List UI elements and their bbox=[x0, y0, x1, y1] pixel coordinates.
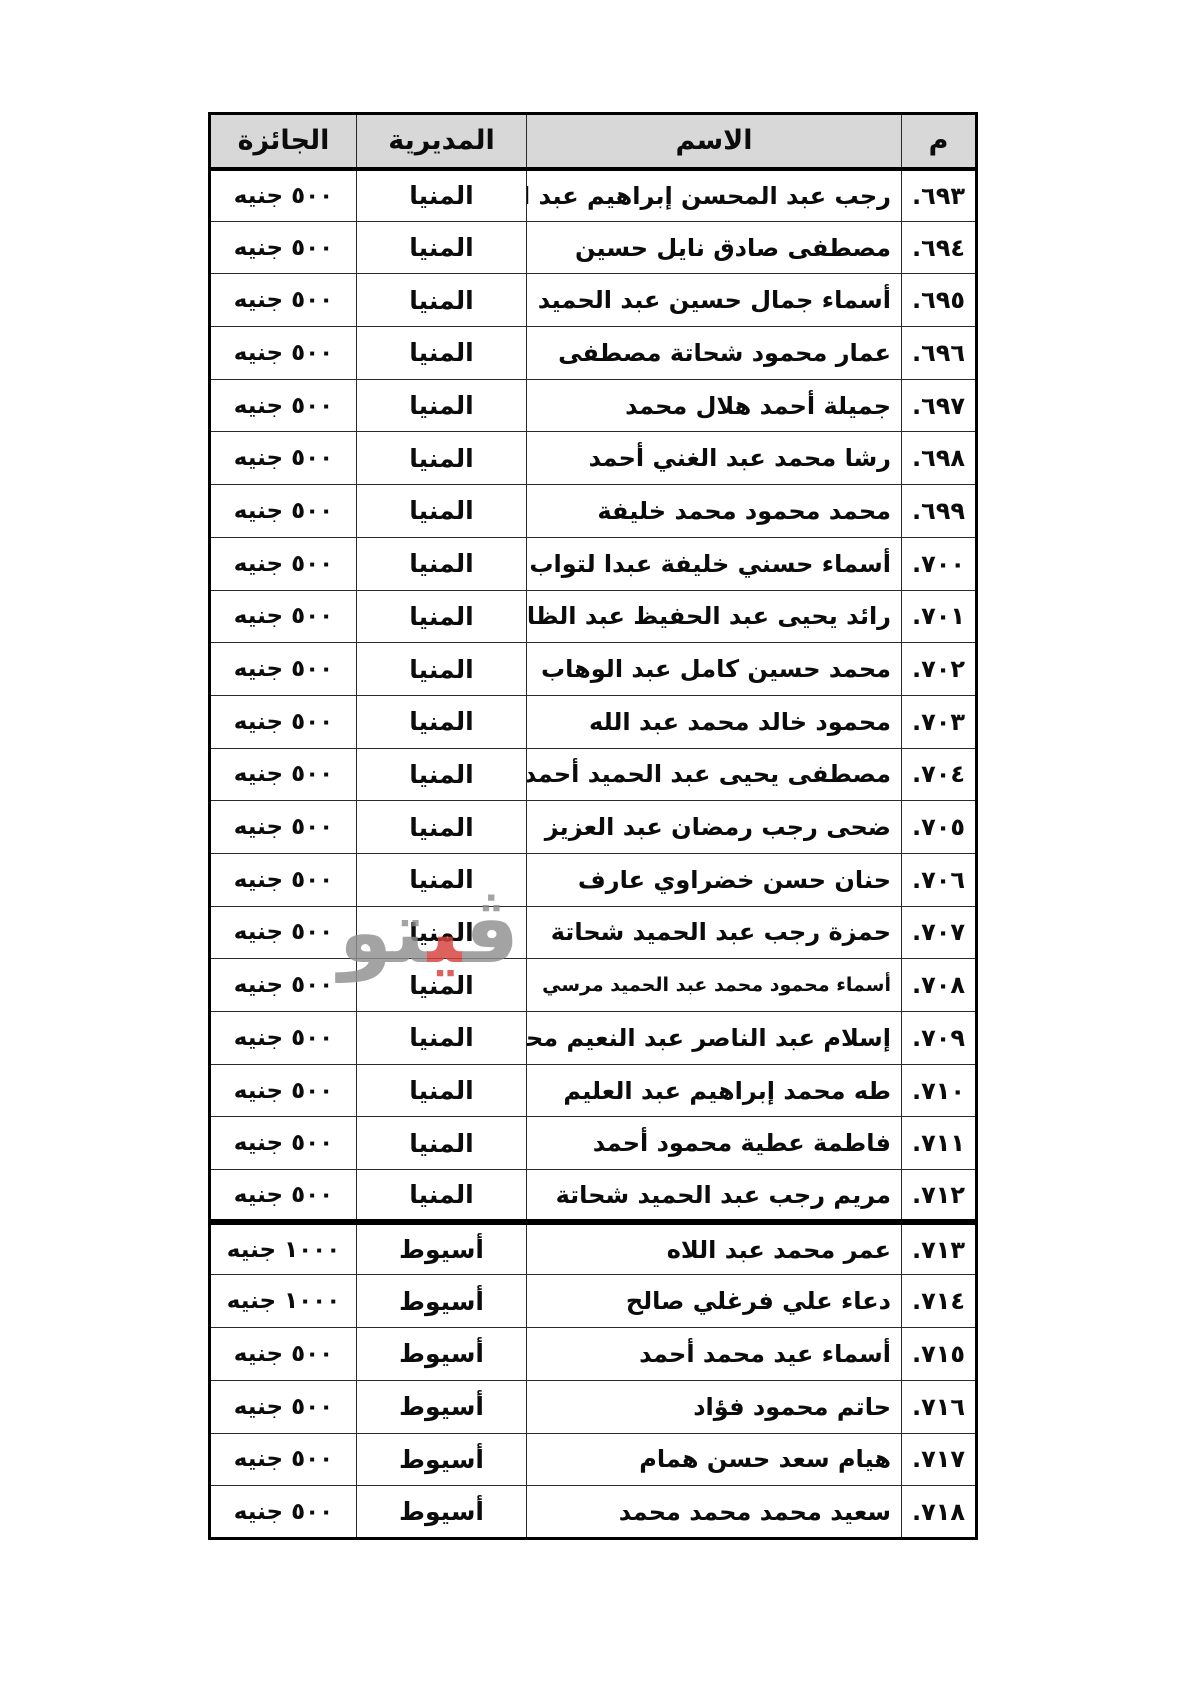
row-number-cell: ٧١٥. bbox=[902, 1328, 977, 1381]
directorate-cell: المنيا bbox=[357, 695, 527, 748]
directorate-cell: المنيا bbox=[357, 853, 527, 906]
row-number-cell: ٧٠٢. bbox=[902, 643, 977, 696]
directorate-cell: أسيوط bbox=[357, 1275, 527, 1328]
prize-cell: ٥٠٠ جنيه bbox=[210, 1328, 357, 1381]
row-number-cell: ٧١٧. bbox=[902, 1433, 977, 1486]
name-cell: محمد محمود محمد خليفة bbox=[527, 485, 902, 538]
prize-cell: ٥٠٠ جنيه bbox=[210, 221, 357, 274]
directorate-cell: أسيوط bbox=[357, 1380, 527, 1433]
winners-table: م الاسم المديرية الجائزة ٦٩٣. رجب عبد ال… bbox=[208, 112, 978, 1540]
table-row: ٦٩٦. عمار محمود شحاتة مصطفى المنيا ٥٠٠ ج… bbox=[210, 327, 977, 380]
header-number: م bbox=[902, 114, 977, 169]
row-number-cell: ٧١٤. bbox=[902, 1275, 977, 1328]
table-row: ٧٠٢. محمد حسين كامل عبد الوهاب المنيا ٥٠… bbox=[210, 643, 977, 696]
table-row: ٧٠٤. مصطفى يحيى عبد الحميد أحمد المنيا ٥… bbox=[210, 748, 977, 801]
row-number-cell: ٧٠٣. bbox=[902, 695, 977, 748]
table-row: ٧١٦. حاتم محمود فؤاد أسيوط ٥٠٠ جنيه bbox=[210, 1380, 977, 1433]
prize-cell: ٥٠٠ جنيه bbox=[210, 1117, 357, 1170]
directorate-cell: المنيا bbox=[357, 801, 527, 854]
row-number-cell: ٦٩٤. bbox=[902, 221, 977, 274]
name-cell: أسماء عيد محمد أحمد bbox=[527, 1328, 902, 1381]
row-number-cell: ٦٩٩. bbox=[902, 485, 977, 538]
prize-cell: ٥٠٠ جنيه bbox=[210, 959, 357, 1012]
name-cell: محمود خالد محمد عبد الله bbox=[527, 695, 902, 748]
row-number-cell: ٧١١. bbox=[902, 1117, 977, 1170]
table-row: ٧١٤. دعاء علي فرغلي صالح أسيوط ١٠٠٠ جنيه bbox=[210, 1275, 977, 1328]
row-number-cell: ٦٩٦. bbox=[902, 327, 977, 380]
prize-cell: ٥٠٠ جنيه bbox=[210, 801, 357, 854]
name-cell: رشا محمد عبد الغني أحمد bbox=[527, 432, 902, 485]
prize-cell: ٥٠٠ جنيه bbox=[210, 1064, 357, 1117]
name-cell: أسماء حسني خليفة عبدا لتواب bbox=[527, 537, 902, 590]
name-cell: سعيد محمد محمد محمد bbox=[527, 1486, 902, 1539]
prize-cell: ٥٠٠ جنيه bbox=[210, 379, 357, 432]
directorate-cell: المنيا bbox=[357, 1170, 527, 1223]
directorate-cell: أسيوط bbox=[357, 1328, 527, 1381]
prize-cell: ٥٠٠ جنيه bbox=[210, 1170, 357, 1223]
table-row: ٧٠٧. حمزة رجب عبد الحميد شحاتة المنيا ٥٠… bbox=[210, 906, 977, 959]
name-cell: عمار محمود شحاتة مصطفى bbox=[527, 327, 902, 380]
row-number-cell: ٧١٠. bbox=[902, 1064, 977, 1117]
row-number-cell: ٦٩٣. bbox=[902, 169, 977, 222]
name-cell: محمد حسين كامل عبد الوهاب bbox=[527, 643, 902, 696]
prize-cell: ٥٠٠ جنيه bbox=[210, 1380, 357, 1433]
name-cell: مريم رجب عبد الحميد شحاتة bbox=[527, 1170, 902, 1223]
directorate-cell: المنيا bbox=[357, 274, 527, 327]
prize-cell: ٥٠٠ جنيه bbox=[210, 906, 357, 959]
row-number-cell: ٧٠٩. bbox=[902, 1012, 977, 1065]
row-number-cell: ٧١٣. bbox=[902, 1222, 977, 1275]
row-number-cell: ٧٠٧. bbox=[902, 906, 977, 959]
header-directorate: المديرية bbox=[357, 114, 527, 169]
directorate-cell: المنيا bbox=[357, 906, 527, 959]
name-cell: إسلام عبد الناصر عبد النعيم محمد bbox=[527, 1012, 902, 1065]
name-cell: مصطفى يحيى عبد الحميد أحمد bbox=[527, 748, 902, 801]
table-row: ٧١٣. عمر محمد عبد اللاه أسيوط ١٠٠٠ جنيه bbox=[210, 1222, 977, 1275]
table-row: ٧١٨. سعيد محمد محمد محمد أسيوط ٥٠٠ جنيه bbox=[210, 1486, 977, 1539]
prize-cell: ٥٠٠ جنيه bbox=[210, 748, 357, 801]
table-row: ٧١٢. مريم رجب عبد الحميد شحاتة المنيا ٥٠… bbox=[210, 1170, 977, 1223]
prize-cell: ٥٠٠ جنيه bbox=[210, 1433, 357, 1486]
name-cell: عمر محمد عبد اللاه bbox=[527, 1222, 902, 1275]
row-number-cell: ٧٠٤. bbox=[902, 748, 977, 801]
directorate-cell: المنيا bbox=[357, 169, 527, 222]
table-row: ٧١٥. أسماء عيد محمد أحمد أسيوط ٥٠٠ جنيه bbox=[210, 1328, 977, 1381]
table-row: ٧٠٦. حنان حسن خضراوي عارف المنيا ٥٠٠ جني… bbox=[210, 853, 977, 906]
directorate-cell: المنيا bbox=[357, 221, 527, 274]
row-number-cell: ٦٩٥. bbox=[902, 274, 977, 327]
table-row: ٧٠٥. ضحى رجب رمضان عبد العزيز المنيا ٥٠٠… bbox=[210, 801, 977, 854]
prize-cell: ٥٠٠ جنيه bbox=[210, 274, 357, 327]
directorate-cell: المنيا bbox=[357, 1117, 527, 1170]
prize-cell: ٥٠٠ جنيه bbox=[210, 590, 357, 643]
table-row: ٧٠٨. أسماء محمود محمد عبد الحميد مرسي ال… bbox=[210, 959, 977, 1012]
directorate-cell: أسيوط bbox=[357, 1222, 527, 1275]
directorate-cell: أسيوط bbox=[357, 1486, 527, 1539]
prize-cell: ٥٠٠ جنيه bbox=[210, 169, 357, 222]
document-page: { "page": { "background": "#ffffff" }, "… bbox=[0, 0, 1191, 1685]
table-row: ٦٩٧. جميلة أحمد هلال محمد المنيا ٥٠٠ جني… bbox=[210, 379, 977, 432]
row-number-cell: ٧١٨. bbox=[902, 1486, 977, 1539]
row-number-cell: ٧٠٦. bbox=[902, 853, 977, 906]
row-number-cell: ٧٠١. bbox=[902, 590, 977, 643]
row-number-cell: ٧٠٥. bbox=[902, 801, 977, 854]
name-cell: رجب عبد المحسن إبراهيم عبد المحسن bbox=[527, 169, 902, 222]
prize-cell: ٥٠٠ جنيه bbox=[210, 695, 357, 748]
prize-cell: ٥٠٠ جنيه bbox=[210, 643, 357, 696]
name-cell: فاطمة عطية محمود أحمد bbox=[527, 1117, 902, 1170]
directorate-cell: المنيا bbox=[357, 1012, 527, 1065]
prize-cell: ١٠٠٠ جنيه bbox=[210, 1275, 357, 1328]
name-cell: أسماء جمال حسين عبد الحميد bbox=[527, 274, 902, 327]
name-cell: حاتم محمود فؤاد bbox=[527, 1380, 902, 1433]
row-number-cell: ٧١٦. bbox=[902, 1380, 977, 1433]
prize-cell: ٥٠٠ جنيه bbox=[210, 537, 357, 590]
name-cell: طه محمد إبراهيم عبد العليم bbox=[527, 1064, 902, 1117]
row-number-cell: ٧٠٠. bbox=[902, 537, 977, 590]
name-cell: دعاء علي فرغلي صالح bbox=[527, 1275, 902, 1328]
directorate-cell: أسيوط bbox=[357, 1433, 527, 1486]
header-prize: الجائزة bbox=[210, 114, 357, 169]
name-cell: هيام سعد حسن همام bbox=[527, 1433, 902, 1486]
table-row: ٦٩٥. أسماء جمال حسين عبد الحميد المنيا ٥… bbox=[210, 274, 977, 327]
name-cell: مصطفى صادق نايل حسين bbox=[527, 221, 902, 274]
prize-cell: ١٠٠٠ جنيه bbox=[210, 1222, 357, 1275]
table-row: ٧٠٠. أسماء حسني خليفة عبدا لتواب المنيا … bbox=[210, 537, 977, 590]
directorate-cell: المنيا bbox=[357, 327, 527, 380]
row-number-cell: ٧١٢. bbox=[902, 1170, 977, 1223]
directorate-cell: المنيا bbox=[357, 379, 527, 432]
row-number-cell: ٦٩٨. bbox=[902, 432, 977, 485]
table-row: ٧٠٣. محمود خالد محمد عبد الله المنيا ٥٠٠… bbox=[210, 695, 977, 748]
directorate-cell: المنيا bbox=[357, 432, 527, 485]
directorate-cell: المنيا bbox=[357, 590, 527, 643]
row-number-cell: ٧٠٨. bbox=[902, 959, 977, 1012]
table-row: ٦٩٤. مصطفى صادق نايل حسين المنيا ٥٠٠ جني… bbox=[210, 221, 977, 274]
name-cell: ضحى رجب رمضان عبد العزيز bbox=[527, 801, 902, 854]
prize-cell: ٥٠٠ جنيه bbox=[210, 1486, 357, 1539]
name-cell: حمزة رجب عبد الحميد شحاتة bbox=[527, 906, 902, 959]
name-cell: أسماء محمود محمد عبد الحميد مرسي bbox=[527, 959, 902, 1012]
prize-cell: ٥٠٠ جنيه bbox=[210, 327, 357, 380]
table-row: ٧١٧. هيام سعد حسن همام أسيوط ٥٠٠ جنيه bbox=[210, 1433, 977, 1486]
table-row: ٦٩٩. محمد محمود محمد خليفة المنيا ٥٠٠ جن… bbox=[210, 485, 977, 538]
directorate-cell: المنيا bbox=[357, 1064, 527, 1117]
row-number-cell: ٦٩٧. bbox=[902, 379, 977, 432]
table-row: ٧٠٩. إسلام عبد الناصر عبد النعيم محمد ال… bbox=[210, 1012, 977, 1065]
prize-cell: ٥٠٠ جنيه bbox=[210, 853, 357, 906]
directorate-cell: المنيا bbox=[357, 537, 527, 590]
prize-cell: ٥٠٠ جنيه bbox=[210, 1012, 357, 1065]
table-row: ٧١٠. طه محمد إبراهيم عبد العليم المنيا ٥… bbox=[210, 1064, 977, 1117]
prize-cell: ٥٠٠ جنيه bbox=[210, 485, 357, 538]
table-row: ٧٠١. رائد يحيى عبد الحفيظ عبد الظاهر الم… bbox=[210, 590, 977, 643]
directorate-cell: المنيا bbox=[357, 485, 527, 538]
table-row: ٦٩٣. رجب عبد المحسن إبراهيم عبد المحسن ا… bbox=[210, 169, 977, 222]
name-cell: رائد يحيى عبد الحفيظ عبد الظاهر bbox=[527, 590, 902, 643]
directorate-cell: المنيا bbox=[357, 643, 527, 696]
directorate-cell: المنيا bbox=[357, 748, 527, 801]
directorate-cell: المنيا bbox=[357, 959, 527, 1012]
header-name: الاسم bbox=[527, 114, 902, 169]
header-row: م الاسم المديرية الجائزة bbox=[210, 114, 977, 169]
name-cell: حنان حسن خضراوي عارف bbox=[527, 853, 902, 906]
name-cell: جميلة أحمد هلال محمد bbox=[527, 379, 902, 432]
table-row: ٦٩٨. رشا محمد عبد الغني أحمد المنيا ٥٠٠ … bbox=[210, 432, 977, 485]
prize-cell: ٥٠٠ جنيه bbox=[210, 432, 357, 485]
table-row: ٧١١. فاطمة عطية محمود أحمد المنيا ٥٠٠ جن… bbox=[210, 1117, 977, 1170]
